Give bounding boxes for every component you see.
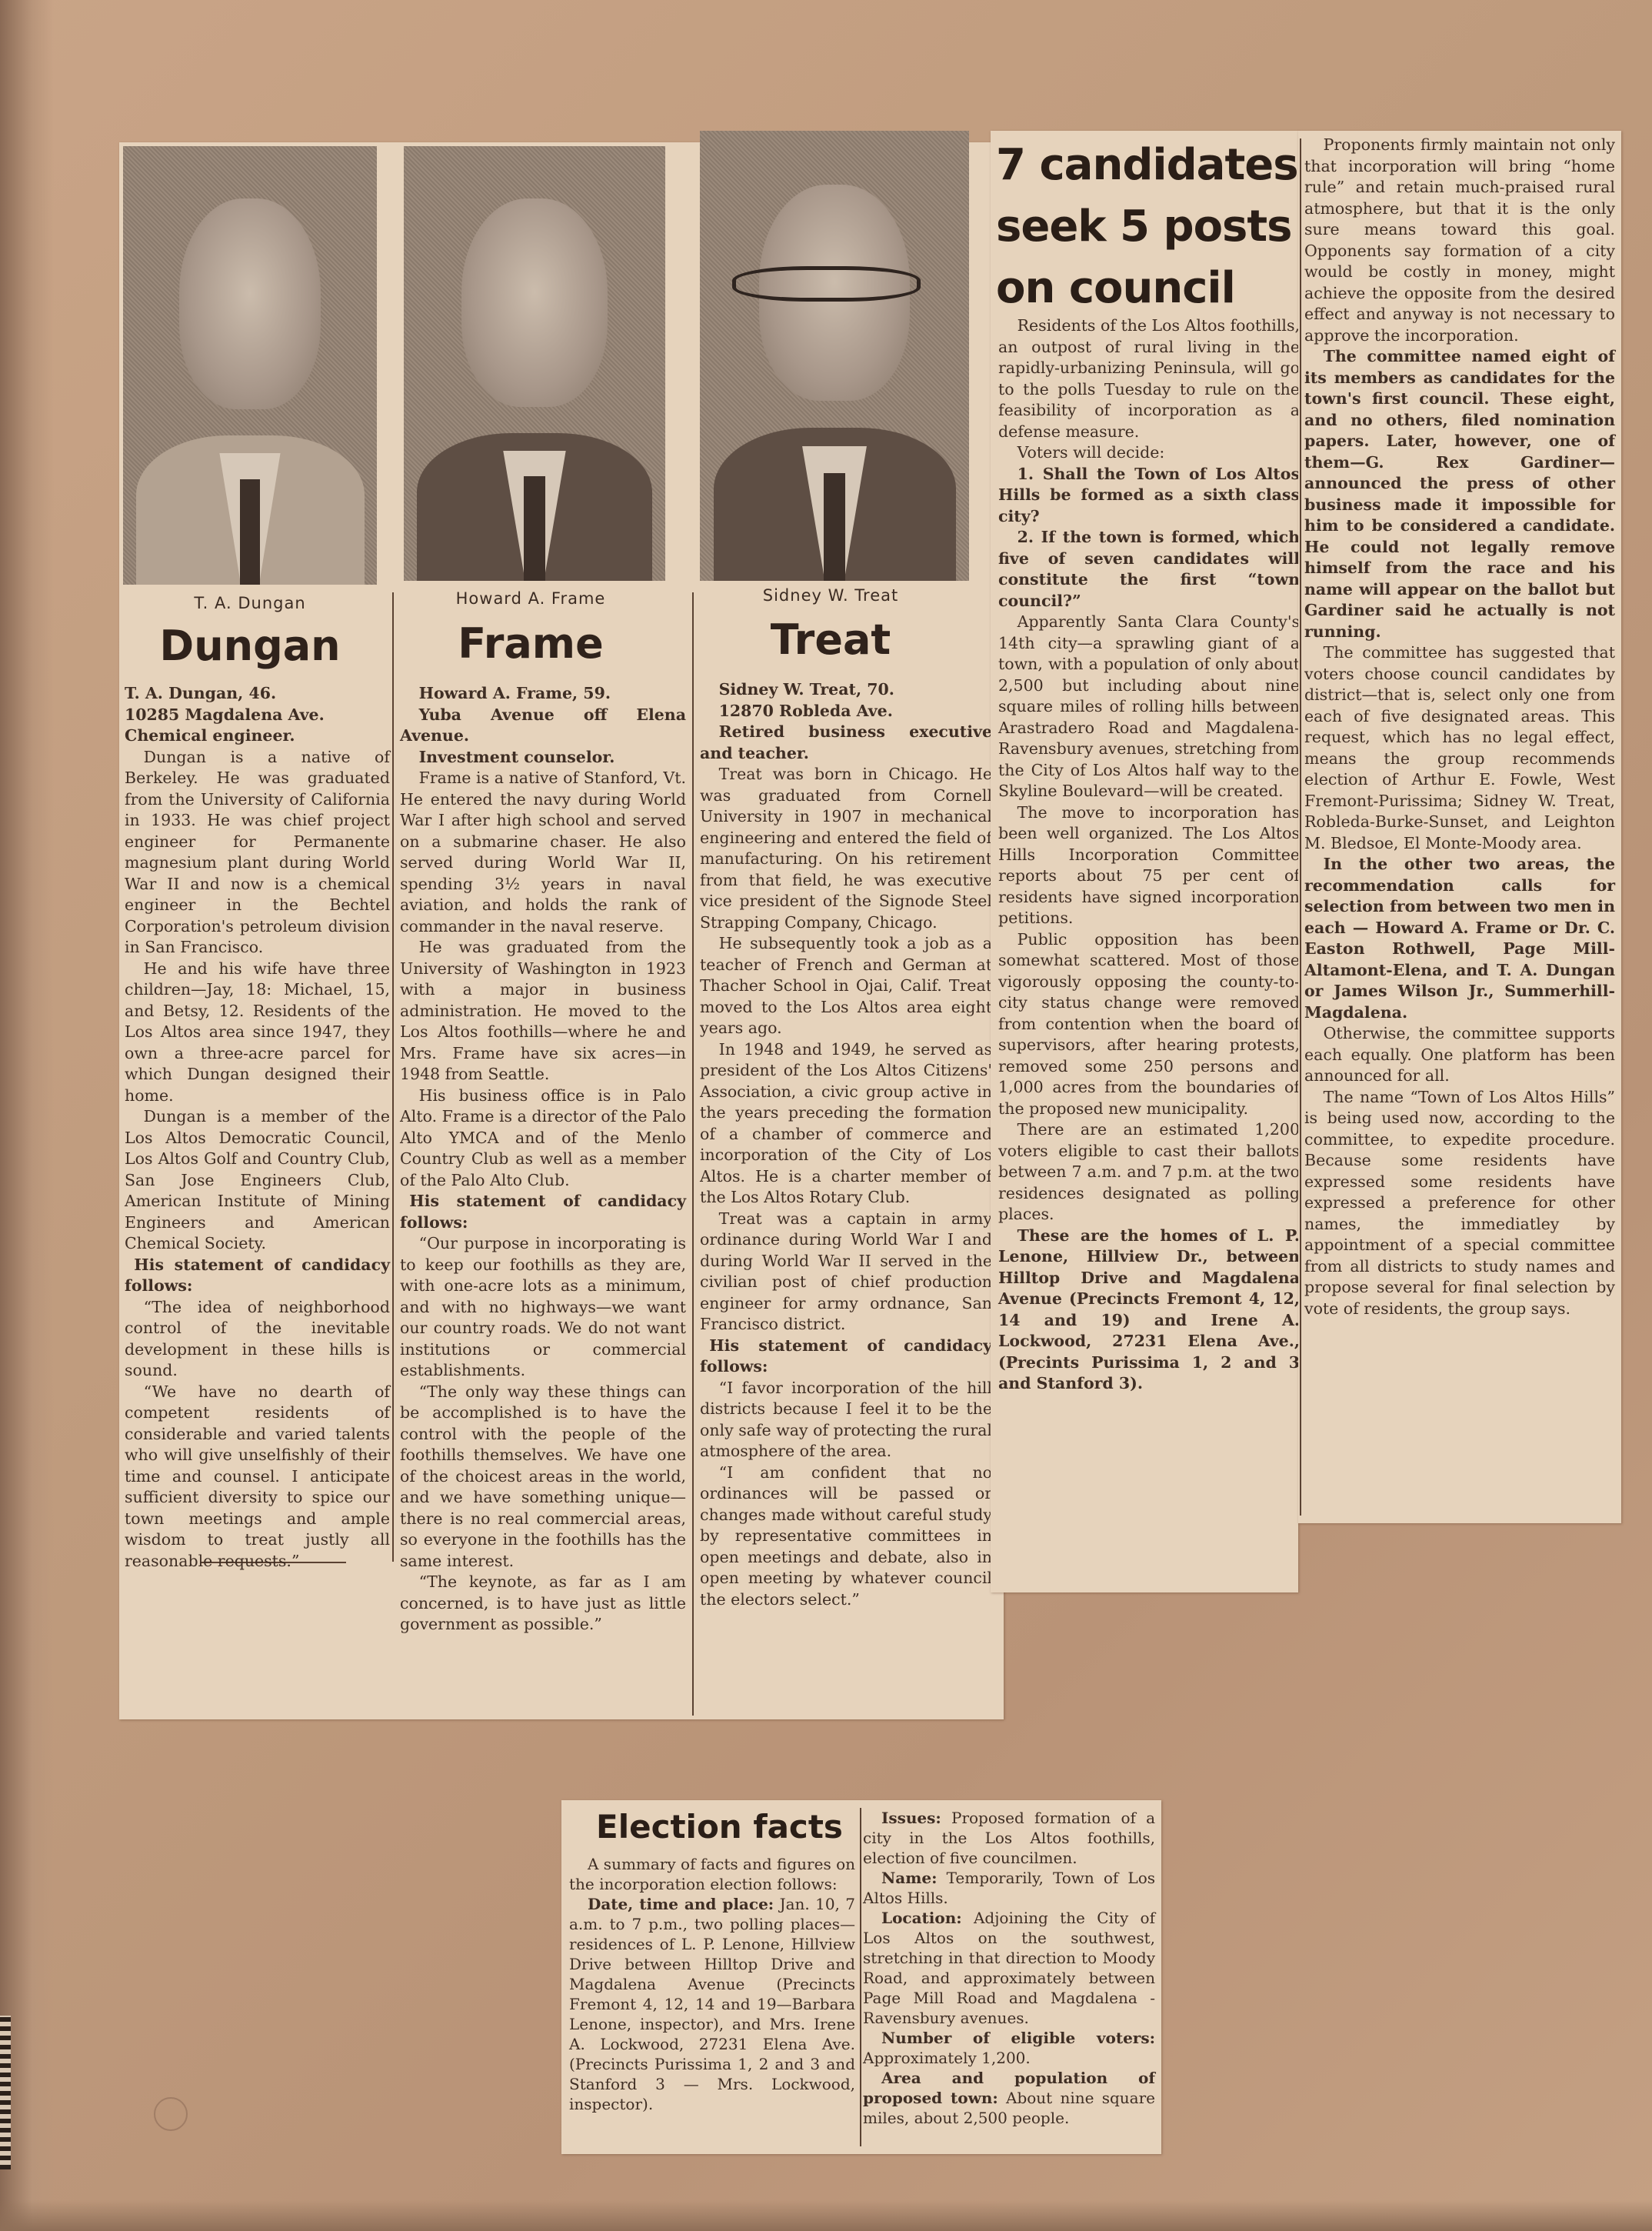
article-lead: Residents of the Los Altos foothills, an…: [998, 315, 1300, 442]
ballot-question-1: 1. Shall the Town of Los Altos Hills be …: [998, 464, 1300, 528]
portrait-tie: [240, 479, 260, 585]
photo-dungan: [123, 146, 377, 585]
frame-statement: “The keynote, as far as I am concerned, …: [400, 1572, 686, 1636]
portrait-face: [179, 198, 321, 409]
fact-text: Jan. 10, 7 a.m. to 7 p.m., two polling p…: [569, 1895, 855, 2113]
dungan-statement: “The idea of neighborhood control of the…: [125, 1297, 390, 1382]
column-rule: [692, 592, 694, 1716]
scrapbook-page-edge: [0, 0, 54, 2231]
photo-treat: [700, 131, 969, 581]
fact-label: Issues:: [881, 1809, 941, 1827]
dungan-occupation: Chemical engineer.: [125, 725, 390, 747]
election-fact-item: Area and population of proposed town: Ab…: [863, 2068, 1155, 2128]
frame-statement-head: His statement of candidacy follows:: [400, 1191, 686, 1233]
treat-paragraph: In 1948 and 1949, he served as president…: [700, 1039, 992, 1209]
surname-heading-treat: Treat: [696, 615, 965, 664]
headline-line: 7 candidates: [996, 135, 1304, 196]
election-fact-item: Date, time and place: Jan. 10, 7 a.m. to…: [569, 1894, 855, 2114]
scrapbook-page-bottom-edge: [0, 2200, 1652, 2231]
photo-caption-frame: Howard A. Frame: [400, 589, 661, 608]
fact-label: Location:: [881, 1909, 962, 1927]
election-fact-item: Name: Temporarily, Town of Los Altos Hil…: [863, 1868, 1155, 1908]
frame-paragraph: His business office is in Palo Alto. Fra…: [400, 1085, 686, 1192]
article-column: Residents of the Los Altos foothills, an…: [998, 315, 1300, 1395]
headline-line: on council: [996, 258, 1304, 319]
polling-homes: These are the homes of L. P. Lenone, Hil…: [998, 1226, 1300, 1395]
frame-occupation: Investment counselor.: [400, 747, 686, 769]
headline-line: seek 5 posts: [996, 196, 1304, 258]
committee-suggested-paragraph: The committee has suggested that voters …: [1304, 642, 1615, 854]
treat-paragraph: Treat was born in Chicago. He was gradua…: [700, 764, 992, 933]
fact-text: Approximately 1,200.: [863, 2049, 1031, 2067]
binding-stripes: [0, 2016, 11, 2169]
treat-paragraph: He subsequently took a job as a teacher …: [700, 933, 992, 1039]
surname-heading-dungan: Dungan: [123, 622, 377, 670]
frame-address: Yuba Avenue off Elena Avenue.: [400, 705, 686, 747]
proponents-paragraph: Proponents firmly maintain not only that…: [1304, 135, 1615, 346]
treat-statement: “I am confident that no ordinances will …: [700, 1462, 992, 1611]
treat-occupation: Retired business executive and teacher.: [700, 722, 992, 764]
treat-statement: “I favor incorporation of the hill distr…: [700, 1378, 992, 1462]
frame-name-line: Howard A. Frame, 59.: [400, 683, 686, 705]
ballot-question-2: 2. If the town is formed, which five of …: [998, 527, 1300, 612]
election-fact-item: Location: Adjoining the City of Los Alto…: [863, 1908, 1155, 2028]
otherwise-paragraph: Otherwise, the committee supports each e…: [1304, 1023, 1615, 1087]
column-rule: [1300, 138, 1301, 1516]
dungan-paragraph: Dungan is a native of Berkeley. He was g…: [125, 747, 390, 959]
fact-label: Date, time and place:: [588, 1895, 774, 1913]
treat-column: Sidney W. Treat, 70. 12870 Robleda Ave. …: [700, 679, 992, 1610]
frame-paragraph: Frame is a native of Stanford, Vt. He en…: [400, 768, 686, 937]
fact-label: Name:: [881, 1869, 938, 1887]
town-name-paragraph: The name “Town of Los Altos Hills” is be…: [1304, 1087, 1615, 1320]
photo-frame: [404, 146, 665, 581]
surname-heading-frame: Frame: [400, 619, 661, 668]
treat-address: 12870 Robleda Ave.: [700, 701, 992, 722]
election-facts-right-column: Issues: Proposed formation of a city in …: [863, 1808, 1155, 2128]
election-facts-title: Election facts: [596, 1808, 843, 1846]
other-two-areas-paragraph: In the other two areas, the recommendati…: [1304, 854, 1615, 1023]
election-fact-item: Number of eligible voters: Approximately…: [863, 2028, 1155, 2068]
dungan-paragraph: He and his wife have three children—Jay,…: [125, 959, 390, 1107]
frame-column: Howard A. Frame, 59. Yuba Avenue off Ele…: [400, 683, 686, 1636]
article-paragraph: The move to incorporation has been well …: [998, 802, 1300, 929]
portrait-tie: [824, 473, 845, 581]
dungan-statement-head: His statement of candidacy follows:: [125, 1255, 390, 1297]
column-rule: [392, 592, 394, 1562]
voters-decide: Voters will decide:: [998, 442, 1300, 464]
portrait-glasses: [732, 266, 921, 302]
dungan-column: T. A. Dungan, 46. 10285 Magdalena Ave. C…: [125, 683, 390, 1572]
fact-label: Number of eligible voters:: [881, 2029, 1155, 2047]
election-fact-item: Issues: Proposed formation of a city in …: [863, 1808, 1155, 1868]
article-paragraph: Apparently Santa Clara County's 14th cit…: [998, 612, 1300, 802]
article-continued-column: Proponents firmly maintain not only that…: [1304, 135, 1615, 1319]
dungan-statement: “We have no dearth of competent resident…: [125, 1382, 390, 1572]
photo-caption-treat: Sidney W. Treat: [696, 586, 965, 605]
article-paragraph: Public opposition has been somewhat scat…: [998, 929, 1300, 1120]
pencil-mark: [154, 2097, 188, 2131]
dungan-address: 10285 Magdalena Ave.: [125, 705, 390, 726]
portrait-tie: [524, 476, 545, 581]
treat-paragraph: Treat was a captain in army ordinance du…: [700, 1209, 992, 1336]
frame-paragraph: He was graduated from the University of …: [400, 937, 686, 1085]
frame-statement: “Our purpose in incorporating is to keep…: [400, 1233, 686, 1382]
committee-named-paragraph: The committee named eight of its members…: [1304, 346, 1615, 642]
article-paragraph: There are an estimated 1,200 voters elig…: [998, 1119, 1300, 1226]
election-facts-left-column: A summary of facts and figures on the in…: [569, 1854, 855, 2114]
column-rule: [860, 1808, 861, 2146]
portrait-face: [461, 198, 608, 407]
election-facts-intro: A summary of facts and figures on the in…: [569, 1854, 855, 1894]
article-headline: 7 candidates seek 5 posts on council: [996, 135, 1304, 319]
dungan-paragraph: Dungan is a member of the Los Altos Demo…: [125, 1106, 390, 1255]
dungan-name-line: T. A. Dungan, 46.: [125, 683, 390, 705]
treat-statement-head: His statement of candidacy follows:: [700, 1336, 992, 1378]
photo-caption-dungan: T. A. Dungan: [123, 594, 377, 612]
treat-name-line: Sidney W. Treat, 70.: [700, 679, 992, 701]
frame-statement: “The only way these things can be accomp…: [400, 1382, 686, 1572]
